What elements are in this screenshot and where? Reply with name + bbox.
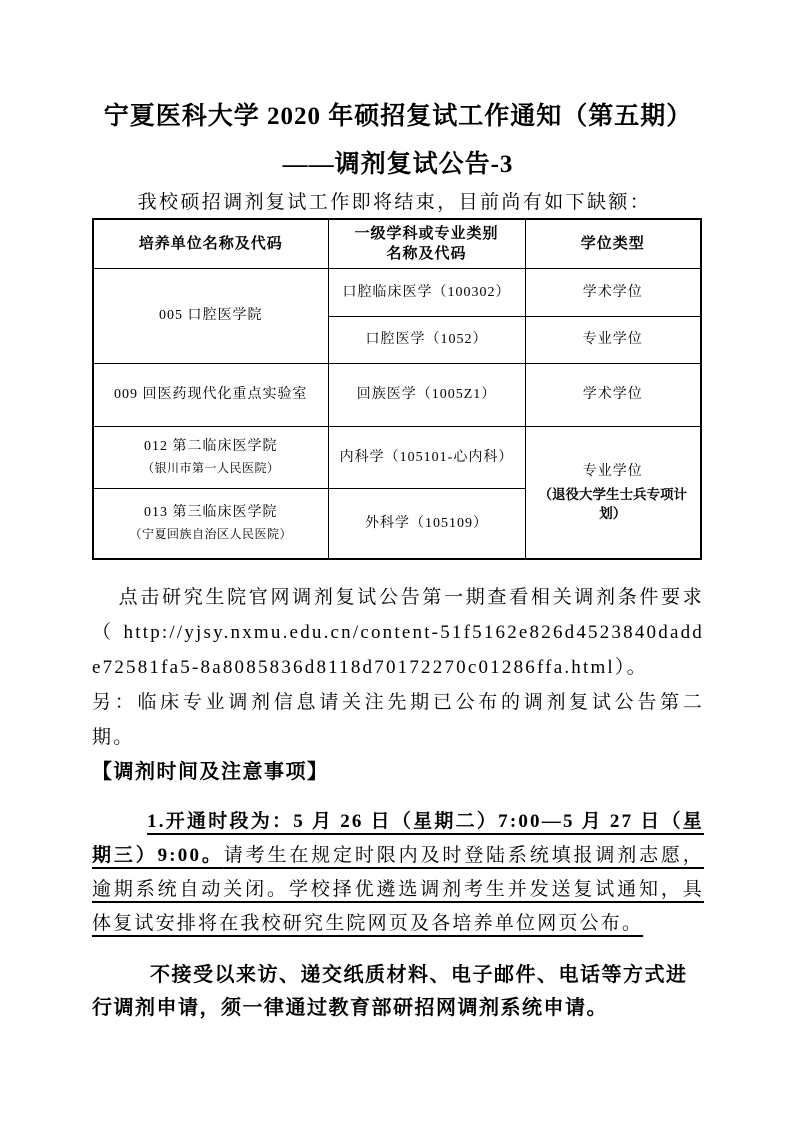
section-heading: 【调剂时间及注意事项】: [92, 755, 704, 789]
degree-special-plan: （退役大学生士兵专项计划）: [530, 485, 697, 523]
degree-cell: 专业学位: [525, 316, 701, 363]
url-paragraph-intro: 点击研究生院官网调剂复试公告第一期查看相关调剂条件要求: [119, 587, 704, 608]
table-header-row: 培养单位名称及代码 一级学科或专业类别 名称及代码 学位类型: [93, 219, 701, 268]
major-cell: 内科学（105101-心内科）: [328, 426, 525, 488]
degree-type: 专业学位: [530, 462, 697, 481]
unit-cell: 009 回医药现代化重点实验室: [93, 363, 328, 426]
vacancy-table: 培养单位名称及代码 一级学科或专业类别 名称及代码 学位类型 005 口腔医学院…: [92, 218, 702, 560]
table-row: 005 口腔医学院 口腔临床医学（100302） 学术学位: [93, 268, 701, 316]
clinical-note-line: 另：临床专业调剂信息请关注先期已公布的调剂复试公告第二期。: [92, 685, 704, 755]
unit-name: 009 回医药现代化重点实验室: [98, 385, 324, 404]
document-page: 宁夏医科大学 2020 年硕招复试工作通知（第五期） ——调剂复试公告-3 我校…: [0, 0, 793, 1122]
column-header-degree: 学位类型: [525, 219, 701, 268]
unit-cell: 012 第二临床医学院 （银川市第一人民医院）: [93, 426, 328, 488]
document-content: 宁夏医科大学 2020 年硕招复试工作通知（第五期） ——调剂复试公告-3 我校…: [92, 0, 704, 1045]
unit-name: 012 第二临床医学院: [98, 437, 324, 456]
unit-note: （银川市第一人民医院）: [98, 459, 324, 478]
unit-cell: 013 第三临床医学院 （宁夏回族自治区人民医院）: [93, 488, 328, 559]
major-cell: 外科学（105109）: [328, 488, 525, 559]
major-cell: 口腔医学（1052）: [328, 316, 525, 363]
schedule-paragraph: 1.开通时段为：5 月 26 日（星期二）7:00—5 月 27 日（星期三）9…: [92, 805, 704, 941]
table-row: 009 回医药现代化重点实验室 回族医学（1005Z1） 学术学位: [93, 363, 701, 426]
major-cell: 回族医学（1005Z1）: [328, 363, 525, 426]
unit-cell: 005 口腔医学院: [93, 268, 328, 363]
unit-name: 013 第三临床医学院: [98, 503, 324, 522]
announcement-url: （http://yjsy.nxmu.edu.cn/content-51f5162…: [92, 622, 704, 678]
unit-note: （宁夏回族自治区人民医院）: [98, 525, 324, 544]
degree-cell: 学术学位: [525, 268, 701, 316]
document-title-line-2: ——调剂复试公告-3: [92, 148, 704, 182]
intro-paragraph: 我校硕招调剂复试工作即将结束，目前尚有如下缺额：: [92, 188, 704, 218]
degree-cell: 学术学位: [525, 363, 701, 426]
url-paragraph: 点击研究生院官网调剂复试公告第一期查看相关调剂条件要求（http://yjsy.…: [92, 580, 704, 755]
major-cell: 口腔临床医学（100302）: [328, 268, 525, 316]
final-notice-paragraph: 不接受以来访、递交纸质材料、电子邮件、电话等方式进行调剂申请，须一律通过教育部研…: [92, 959, 704, 1025]
table-row: 012 第二临床医学院 （银川市第一人民医院） 内科学（105101-心内科） …: [93, 426, 701, 488]
document-title-line-1: 宁夏医科大学 2020 年硕招复试工作通知（第五期）: [92, 100, 704, 134]
merged-degree-cell: 专业学位 （退役大学生士兵专项计划）: [525, 426, 701, 559]
unit-name: 005 口腔医学院: [98, 306, 324, 325]
column-header-unit: 培养单位名称及代码: [93, 219, 328, 268]
column-header-major: 一级学科或专业类别 名称及代码: [328, 219, 525, 268]
